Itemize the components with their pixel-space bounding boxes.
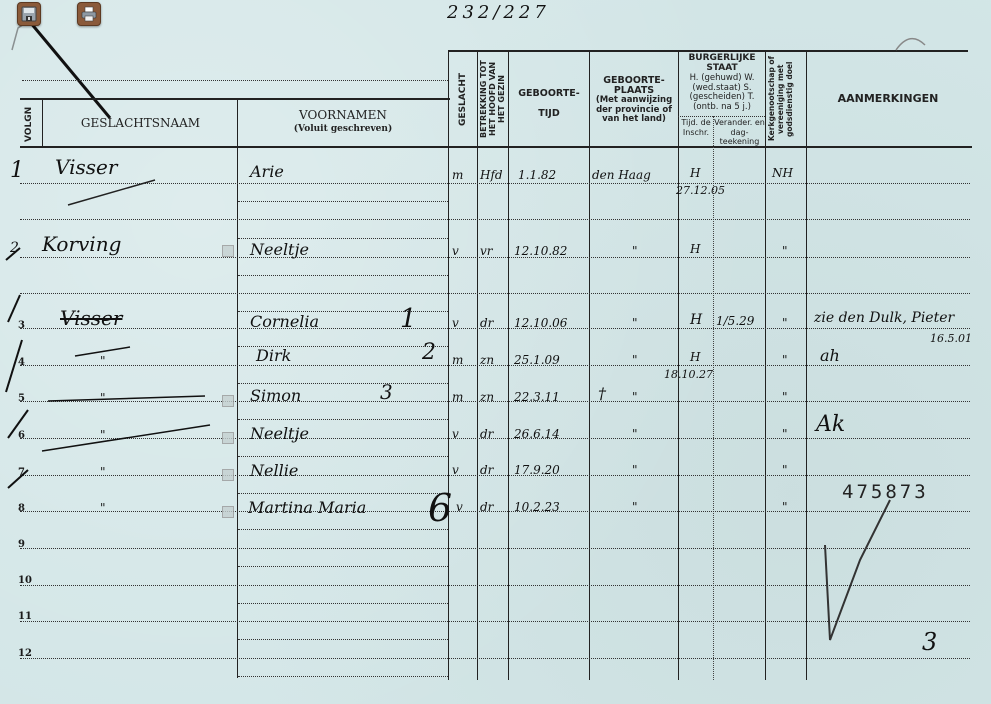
civil-change: 27.12.05	[676, 184, 725, 197]
row-number: 12	[18, 648, 32, 659]
row-number: 3	[18, 320, 25, 331]
birth-place: "	[632, 463, 638, 477]
surname: "	[100, 354, 106, 368]
header-verander: Verander. en dag- teekening	[714, 118, 765, 147]
surname: "	[100, 501, 106, 515]
birth-place: "	[632, 244, 638, 258]
death-mark: †	[598, 384, 606, 403]
civil-change: 1/5.29	[716, 314, 754, 328]
save-button[interactable]	[17, 2, 41, 26]
civil-status: H	[690, 166, 700, 180]
birth-date: 26.6.14	[514, 427, 560, 441]
church: "	[782, 500, 788, 514]
relation: vr	[480, 244, 493, 258]
given-names: Martina Maria	[248, 498, 366, 517]
gender: v	[452, 244, 459, 258]
scanned-document: 232/227 VOLGN GESLACHTSNAAM VOORNAMEN (V…	[0, 0, 991, 704]
birth-date: 12.10.82	[514, 244, 567, 258]
header-volgn: VOLGN	[24, 108, 38, 142]
stamp-number: 475873	[842, 481, 929, 503]
header-burgerlijke-staat: BURGERLIJKE STAAT	[680, 54, 764, 73]
relation: dr	[480, 500, 493, 514]
relation: Hfd	[480, 168, 503, 182]
birth-date: 12.10.06	[514, 316, 567, 330]
header-aanmerkingen: AANMERKINGEN	[808, 92, 968, 105]
row-number: 1	[10, 158, 24, 183]
birth-place: "	[632, 353, 638, 367]
checkbox[interactable]	[222, 395, 234, 407]
surname: Korving	[42, 232, 121, 256]
given-names: Nellie	[250, 461, 298, 480]
surname: "	[100, 428, 106, 442]
row-number: 11	[18, 611, 32, 622]
checkbox[interactable]	[222, 432, 234, 444]
gender: m	[452, 168, 463, 182]
row-number: 10	[18, 575, 32, 586]
birth-date: 17.9.20	[514, 463, 560, 477]
checkbox[interactable]	[222, 245, 234, 257]
civil-status: H	[690, 350, 700, 364]
printer-icon	[81, 6, 97, 22]
gender: v	[452, 463, 459, 477]
relation: dr	[480, 316, 493, 330]
header-geslachtsnaam: GESLACHTSNAAM	[44, 116, 237, 130]
margin-mark: 2	[422, 340, 436, 365]
header-tijd-inschr: Tijd. de Inschr.	[679, 118, 713, 137]
gender: m	[452, 390, 463, 404]
church: "	[782, 463, 788, 477]
gender: v	[452, 427, 459, 441]
birth-place: "	[632, 427, 638, 441]
checkbox[interactable]	[222, 506, 234, 518]
surname: Visser	[60, 306, 122, 330]
surname: "	[100, 465, 106, 479]
header-voornamen-sub: (Voluit geschreven)	[238, 124, 448, 134]
row-number: 2	[10, 240, 19, 256]
header-voornamen: VOORNAMEN	[238, 108, 448, 122]
print-button[interactable]	[77, 2, 101, 26]
relation: zn	[480, 390, 494, 404]
birth-place: den Haag	[592, 168, 651, 182]
given-names: Neeltje	[250, 240, 309, 259]
relation: dr	[480, 427, 493, 441]
gender: v	[456, 500, 463, 514]
margin-mark: 1	[400, 304, 417, 334]
viewer-toolbar	[17, 2, 101, 26]
margin-mark: 3	[380, 380, 393, 404]
church: "	[782, 316, 788, 330]
row-number: 4	[18, 357, 25, 368]
header-geboortetijd: GEBOORTE- TIJD	[510, 84, 588, 124]
header-kerkgenootschap: Kerkgenootschap of vereeniging met godsd…	[767, 54, 805, 144]
church: "	[782, 244, 788, 258]
header-burgerlijke-staat-sub: H. (gehuwd) W. (wed.staat) S. (gescheide…	[680, 74, 764, 112]
row-number: 9	[18, 539, 25, 550]
birth-place: "	[632, 390, 638, 404]
given-names: Dirk	[256, 346, 291, 365]
checkbox[interactable]	[222, 469, 234, 481]
remarks: Ak	[816, 412, 845, 437]
header-geboorteplaats: GEBOORTE- PLAATS	[592, 76, 676, 95]
floppy-disk-icon	[21, 6, 37, 22]
given-names: Cornelia	[250, 312, 319, 331]
civil-status: H	[690, 242, 700, 256]
given-names: Neeltje	[250, 424, 309, 443]
remarks: ah	[820, 346, 840, 365]
birth-place: "	[632, 316, 638, 330]
row-number: 6	[18, 430, 25, 441]
margin-mark: 6	[428, 486, 452, 530]
birth-date: 25.1.09	[514, 353, 560, 367]
civil-status: H	[690, 312, 702, 328]
header-betrekking: BETREKKING TOT HET HOOFD VAN HET GEZIN	[479, 54, 507, 144]
birth-date: 10.2.23	[514, 500, 560, 514]
row-number: 7	[18, 467, 25, 478]
church: "	[782, 353, 788, 367]
relation: dr	[480, 463, 493, 477]
given-names: Simon	[250, 386, 301, 405]
remarks: zie den Dulk, Pieter	[814, 310, 954, 326]
church: "	[782, 427, 788, 441]
church: NH	[772, 166, 793, 180]
birth-date: 22.3.11	[514, 390, 560, 404]
page-mark: 3	[922, 628, 937, 656]
reference-number: 232/227	[447, 2, 550, 23]
row-number: 5	[18, 393, 25, 404]
gender: m	[452, 353, 463, 367]
birth-place: "	[632, 500, 638, 514]
surname: "	[100, 391, 106, 405]
header-geslacht: GESLACHT	[452, 58, 474, 142]
remarks-date: 16.5.01	[930, 332, 972, 345]
surname: Visser	[55, 155, 117, 179]
row-number: 8	[18, 503, 25, 514]
header-geboorteplaats-sub: (Met aanwijzing der provincie of van het…	[592, 96, 676, 125]
birth-date: 1.1.82	[518, 168, 556, 182]
civil-change: 18.10.27	[664, 368, 713, 381]
relation: zn	[480, 353, 494, 367]
church: "	[782, 390, 788, 404]
gender: v	[452, 316, 459, 330]
given-names: Arie	[250, 162, 284, 181]
